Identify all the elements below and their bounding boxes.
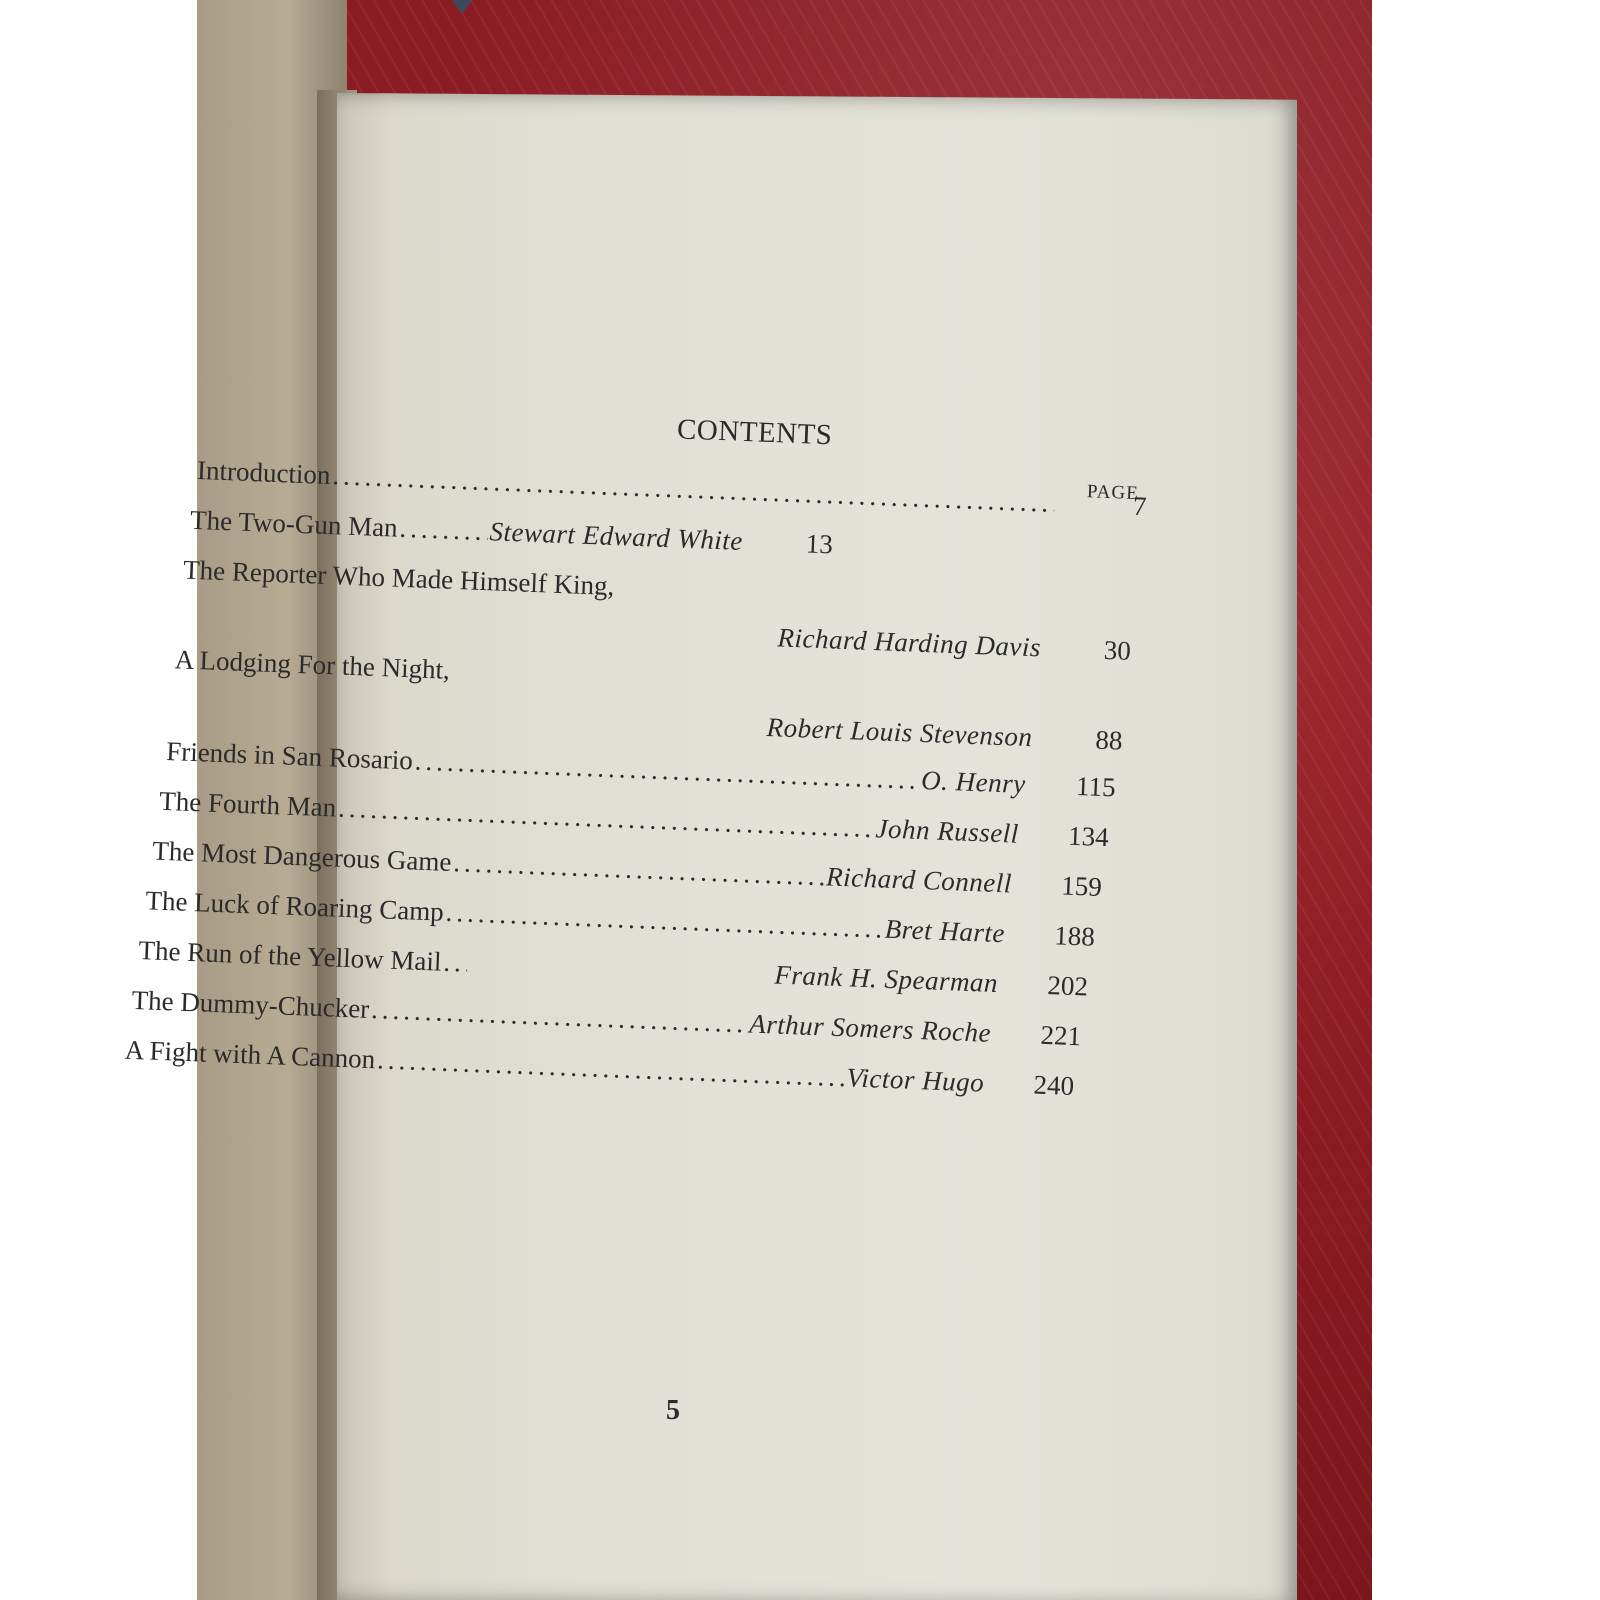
- dot-leader: ........................................…: [443, 947, 468, 979]
- folio-page-number: 5: [666, 1395, 680, 1427]
- dot-leader: ........................................…: [399, 513, 488, 547]
- contents-heading: CONTENTS: [676, 413, 833, 452]
